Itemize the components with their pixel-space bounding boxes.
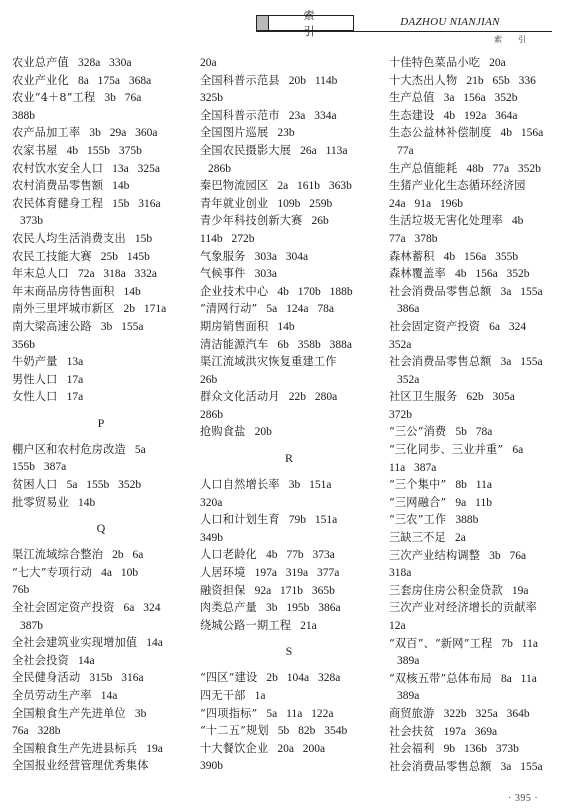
page-references: 20a xyxy=(489,57,506,69)
index-term: 人口老龄化 xyxy=(200,548,257,561)
index-entry-continuation: 20a xyxy=(200,54,378,72)
index-entry: 全国报业经营管理优秀集体 xyxy=(12,757,190,775)
page-references: 2b 104a 328a xyxy=(266,672,340,684)
index-term: 社区卫生服务 xyxy=(389,390,457,403)
page-references: 322b 325a 364b xyxy=(444,708,530,720)
page-references: 3b 29a 360a xyxy=(89,127,157,139)
index-entry: 全社会投资14a xyxy=(12,652,190,670)
index-term: 生产总值 xyxy=(389,91,435,104)
section-title: 索 引 xyxy=(269,7,353,39)
index-entry-continuation: 286b xyxy=(200,406,378,424)
page-references: 19a xyxy=(512,585,529,597)
index-entry: 人口和计划生育79b 151a xyxy=(200,511,378,529)
index-term: 肉类总产量 xyxy=(200,601,257,614)
index-entry-continuation: 286b xyxy=(200,160,378,178)
page-references: 17a xyxy=(67,391,84,403)
index-term: 全社会建筑业实现增加值 xyxy=(12,636,137,649)
index-entry-continuation: 76b xyxy=(12,581,190,599)
page-references: 114b 272b xyxy=(200,233,254,245)
page-references: 76b xyxy=(12,584,29,596)
index-entry: 渠江流域综合整治2b 6a xyxy=(12,546,190,564)
page-references: 352a xyxy=(397,374,419,386)
index-entry: 人居环境197a 319a 377a xyxy=(200,564,378,582)
page-number: · 395 · xyxy=(508,793,538,804)
index-term: 秦巴物流园区 xyxy=(200,179,268,192)
page-references: 386a xyxy=(397,303,419,315)
page-references: 4b 156a 352b xyxy=(455,268,530,280)
index-entry: “三公”消费5b 78a xyxy=(389,423,559,441)
index-entry: 农民人均生活消费支出15b xyxy=(12,230,190,248)
page-references: 20b 114b xyxy=(289,75,338,87)
index-term: 生活垃圾无害化处理率 xyxy=(389,214,503,227)
index-term: 农产品加工率 xyxy=(12,126,80,139)
page-references: 389a xyxy=(397,655,419,667)
index-term: 群众文化活动月 xyxy=(200,390,280,403)
index-entry-continuation: 389a xyxy=(389,687,559,705)
page-references: 15b 316a xyxy=(112,198,160,210)
index-term: 农村饮水安全人口 xyxy=(12,162,103,175)
page-references: 25b 145b xyxy=(101,251,150,263)
index-entry: 农村饮水安全人口13a 325a xyxy=(12,160,190,178)
page-references: 2a 161b 363b xyxy=(277,180,352,192)
index-term: 三套房住房公积金贷款 xyxy=(389,584,503,597)
page-references: 155b 387a xyxy=(12,461,66,473)
index-entry: 商贸旅游322b 325a 364b xyxy=(389,705,559,723)
index-term: 全社会固定资产投资 xyxy=(12,601,115,614)
index-term: 社会扶贫 xyxy=(389,725,435,738)
page-references: 5a 155b 352b xyxy=(67,479,142,491)
index-entry-continuation: 11a 387a xyxy=(389,459,559,477)
index-term: 批零贸易业 xyxy=(12,496,69,509)
index-term: “七大”专项行动 xyxy=(12,566,92,579)
index-term: 年末商品房待售面积 xyxy=(12,285,115,298)
yearbook-name: DAZHOU NIANJIAN xyxy=(358,16,542,28)
index-entry: 农民工技能大赛25b 145b xyxy=(12,248,190,266)
index-term: 融资担保 xyxy=(200,584,246,597)
index-term: 全国报业经营管理优秀集体 xyxy=(12,759,149,772)
index-entry: 青少年科技创新大赛26b xyxy=(200,212,378,230)
index-term: 农业总产值 xyxy=(12,56,69,69)
index-column-3: 十佳特色菜品小吃20a十大杰出人物21b 65b 336生产总值3a 156a … xyxy=(389,54,559,775)
index-term: 人居环境 xyxy=(200,566,246,579)
index-entry: 年末总人口72a 318a 332a xyxy=(12,265,190,283)
page-references: 21a xyxy=(300,620,317,632)
index-entry-continuation: 349b xyxy=(200,529,378,547)
index-entry: 南外三里坪城市新区2b 171a xyxy=(12,300,190,318)
index-entry: 社会福利9b 136b 373b xyxy=(389,740,559,758)
page-references: 14b xyxy=(124,286,141,298)
letter-heading: P xyxy=(12,406,190,441)
index-column-2: 20a全国科普示范县20b 114b325b全国科普示范市23a 334a全国图… xyxy=(200,54,378,775)
index-entry: 人口老龄化4b 77b 373a xyxy=(200,546,378,564)
page-references: 9a 11b xyxy=(455,497,492,509)
index-term: 十佳特色菜品小吃 xyxy=(389,56,480,69)
index-term: 全社会投资 xyxy=(12,654,69,667)
index-term: 社会固定资产投资 xyxy=(389,320,480,333)
page-references: 3b 151a xyxy=(289,479,332,491)
index-entry: 生态建设4b 192a 364a xyxy=(389,107,559,125)
page-references: 13a xyxy=(67,356,84,368)
index-term: 三次产业结构调整 xyxy=(389,549,480,562)
page-references: 352a xyxy=(389,339,411,351)
index-term: 牛奶产量 xyxy=(12,355,58,368)
index-entry-continuation: 114b 272b xyxy=(200,230,378,248)
index-term: 农民人均生活消费支出 xyxy=(12,232,126,245)
index-term: 全国科普示范县 xyxy=(200,74,280,87)
index-entry: 南大梁高速公路3b 155a xyxy=(12,318,190,336)
index-term: 生猪产业化生态循环经济园 xyxy=(389,179,526,192)
index-term: 三缺三不足 xyxy=(389,531,446,544)
index-entry: 三缺三不足2a xyxy=(389,529,559,547)
index-term: 渠江流域综合整治 xyxy=(12,548,103,561)
index-entry: 社会消费品零售总额3a 155a xyxy=(389,758,559,776)
page-references: 26b xyxy=(312,215,329,227)
index-entry: 森林蓄积4b 156a 355b xyxy=(389,248,559,266)
index-term: “四区”建设 xyxy=(200,671,257,684)
index-entry: 全国粮食生产先进单位3b xyxy=(12,705,190,723)
index-entry: 十佳特色菜品小吃20a xyxy=(389,54,559,72)
page-references: 17a xyxy=(67,374,84,386)
index-term: 年末总人口 xyxy=(12,267,69,280)
page-references: 3b 195b 386a xyxy=(266,602,341,614)
page-references: 8b 11a xyxy=(455,479,492,491)
page-references: 26a 113a xyxy=(300,145,347,157)
index-entry-continuation: 352a xyxy=(389,336,559,354)
index-term: 社会福利 xyxy=(389,742,435,755)
index-term: 人口和计划生育 xyxy=(200,513,280,526)
index-term: “三网融合” xyxy=(389,496,446,509)
page-references: 23a 334a xyxy=(289,110,337,122)
index-entry: 农业“4＋8”工程3b 76a xyxy=(12,89,190,107)
index-entry: 人口自然增长率3b 151a xyxy=(200,476,378,494)
index-entry-continuation: 318a xyxy=(389,564,559,582)
index-entry: 气候事件303a xyxy=(200,265,378,283)
index-entry: 全员劳动生产率14a xyxy=(12,687,190,705)
index-term: 农家书屋 xyxy=(12,144,58,157)
page-references: 4b 192a 364a xyxy=(444,110,518,122)
index-entry-continuation: 356b xyxy=(12,336,190,354)
page-references: 8a 11a xyxy=(501,673,537,685)
index-entry: “双核五带”总体布局8a 11a xyxy=(389,670,559,688)
index-entry: 女性人口17a xyxy=(12,388,190,406)
index-entry: 秦巴物流园区2a 161b 363b xyxy=(200,177,378,195)
page-references: 388b xyxy=(455,514,478,526)
index-entry: 群众文化活动月22b 280a xyxy=(200,388,378,406)
page-references: 77a 378b xyxy=(389,233,437,245)
page-references: 6a 324 xyxy=(489,321,526,333)
page-references: 11a 387a xyxy=(389,462,436,474)
index-entry-continuation: 389a xyxy=(389,652,559,670)
page-references: 3a 155a xyxy=(501,356,543,368)
index-term: 贫困人口 xyxy=(12,478,58,491)
index-term: “三公”消费 xyxy=(389,425,446,438)
index-entry: 男性人口17a xyxy=(12,371,190,389)
page-references: 3a 156a 352b xyxy=(444,92,518,104)
page-references: 349b xyxy=(200,532,223,544)
index-term: 男性人口 xyxy=(12,373,58,386)
page-references: 15b xyxy=(135,233,152,245)
page-references: 14b xyxy=(78,497,95,509)
page-references: 3b 76a xyxy=(104,92,141,104)
index-entry: 农业总产值328a 330a xyxy=(12,54,190,72)
index-term: 全国农民摄影大展 xyxy=(200,144,291,157)
index-entry: 农业产业化8a 175a 368a xyxy=(12,72,190,90)
index-entry: 全国图片巡展23b xyxy=(200,124,378,142)
page-references: 372b xyxy=(389,409,412,421)
index-entry: 绕城公路一期工程21a xyxy=(200,617,378,635)
index-term: “三个集中” xyxy=(389,478,446,491)
page-references: 4b xyxy=(512,215,524,227)
index-entry: 森林覆盖率4b 156a 352b xyxy=(389,265,559,283)
index-entry: “四区”建设2b 104a 328a xyxy=(200,669,378,687)
index-term: 农村消费品零售额 xyxy=(12,179,103,192)
page-references: 92a 171b 365b xyxy=(255,585,335,597)
index-entry: 融资担保92a 171b 365b xyxy=(200,582,378,600)
page-references: 14a xyxy=(78,655,95,667)
index-term: 十大餐饮企业 xyxy=(200,742,268,755)
page-references: 356b xyxy=(12,339,35,351)
index-term: 社会消费品零售总额 xyxy=(389,285,492,298)
page-references: 387b xyxy=(20,620,43,632)
index-entry-continuation: 76a 328b xyxy=(12,722,190,740)
index-entry: 气象服务303a 304a xyxy=(200,248,378,266)
index-entry: 社会消费品零售总额3a 155a xyxy=(389,353,559,371)
page-references: 325b xyxy=(200,92,223,104)
page-references: 286b xyxy=(208,163,231,175)
index-entry: 社会固定资产投资6a 324 xyxy=(389,318,559,336)
index-entry: 清洁能源汽车6b 358b 388a xyxy=(200,336,378,354)
page-references: 79b 151a xyxy=(289,514,337,526)
section-sub-label: 索引 xyxy=(494,34,542,45)
page-references: 315b 316a xyxy=(89,672,143,684)
page-references: 12a xyxy=(389,620,406,632)
index-entry: 三套房住房公积金贷款19a xyxy=(389,582,559,600)
index-term: 女性人口 xyxy=(12,390,58,403)
index-term: 社会消费品零售总额 xyxy=(389,355,492,368)
page-references: 4b 155b 375b xyxy=(67,145,142,157)
letter-heading: R xyxy=(200,441,378,476)
index-term: “双核五带”总体布局 xyxy=(389,672,492,685)
index-entry-continuation: 77a xyxy=(389,142,559,160)
index-term: 气候事件 xyxy=(200,267,246,280)
page-references: 389a xyxy=(397,690,419,702)
index-entry: 生活垃圾无害化处理率4b xyxy=(389,212,559,230)
index-term: 全国粮食生产先进单位 xyxy=(12,707,126,720)
index-entry: 渠江流域洪灾恢复重建工作 xyxy=(200,353,378,371)
index-entry: 社会扶贫197a 369a xyxy=(389,723,559,741)
index-entry-continuation: 12a xyxy=(389,617,559,635)
index-term: 清洁能源汽车 xyxy=(200,338,268,351)
index-term: 全国科普示范市 xyxy=(200,109,280,122)
page-references: 24a 91a 196b xyxy=(389,198,463,210)
index-entry: 社会消费品零售总额3a 155a xyxy=(389,283,559,301)
letter-heading: S xyxy=(200,634,378,669)
index-entry: 社区卫生服务62b 305a xyxy=(389,388,559,406)
index-entry: “双百”、“新网”工程7b 11a xyxy=(389,635,559,653)
index-entry: 农产品加工率3b 29a 360a xyxy=(12,124,190,142)
index-term: “三农”工作 xyxy=(389,513,446,526)
index-term: 全员劳动生产率 xyxy=(12,689,92,702)
letter-heading: Q xyxy=(12,511,190,546)
index-entry: “三网融合”9a 11b xyxy=(389,494,559,512)
index-term: 农业产业化 xyxy=(12,74,69,87)
index-entry: 批零贸易业14b xyxy=(12,494,190,512)
page-references: 20a xyxy=(200,57,217,69)
index-entry: 生态公益林补偿制度4b 156a xyxy=(389,124,559,142)
index-term: 南大梁高速公路 xyxy=(12,320,92,333)
index-term: 青年就业创业 xyxy=(200,197,268,210)
index-entry: 三次产业对经济增长的贡献率 xyxy=(389,599,559,617)
index-entry-continuation: 352a xyxy=(389,371,559,389)
page-references: 22b 280a xyxy=(289,391,337,403)
page-references: 5b 82b 354b xyxy=(278,725,348,737)
page-references: 2b 6a xyxy=(112,549,143,561)
index-term: 十大杰出人物 xyxy=(389,74,457,87)
page-references: 6b 358b 388a xyxy=(277,339,352,351)
page-references: 5a 124a 78a xyxy=(266,303,334,315)
index-entry-continuation: 325b xyxy=(200,89,378,107)
index-term: 渠江流域洪灾恢复重建工作 xyxy=(200,355,337,368)
index-column-1: 农业总产值328a 330a农业产业化8a 175a 368a农业“4＋8”工程… xyxy=(12,54,190,775)
index-entry-continuation: 320a xyxy=(200,494,378,512)
index-entry: “三农”工作388b xyxy=(389,511,559,529)
index-term: “十二五”规划 xyxy=(200,724,269,737)
index-entry: 农家书屋4b 155b 375b xyxy=(12,142,190,160)
page-references: 373b xyxy=(20,215,43,227)
index-term: “四项指标” xyxy=(200,707,257,720)
page-references: 8a 175a 368a xyxy=(78,75,151,87)
index-entry-continuation: 26b xyxy=(200,371,378,389)
index-term: “三化同步、三业并重” xyxy=(389,443,503,456)
index-entry: “三个集中”8b 11a xyxy=(389,476,559,494)
index-entry: 全国农民摄影大展26a 113a xyxy=(200,142,378,160)
index-entry: “十二五”规划5b 82b 354b xyxy=(200,722,378,740)
index-term: 农民体育健身工程 xyxy=(12,197,103,210)
page-references: 72a 318a 332a xyxy=(78,268,157,280)
index-entry: 青年就业创业109b 259b xyxy=(200,195,378,213)
section-tab-marker xyxy=(257,16,269,30)
page-references: 6a 324 xyxy=(124,602,161,614)
index-entry: 生产总值能耗48b 77a 352b xyxy=(389,160,559,178)
page-references: 3a 155a xyxy=(501,761,543,773)
page-references: 4b 77b 373a xyxy=(266,549,335,561)
page-references: 4b 156a xyxy=(501,127,544,139)
page-references: 328a 330a xyxy=(78,57,132,69)
index-term: 四无干部 xyxy=(200,689,246,702)
page-references: 26b xyxy=(200,374,217,386)
page-references: 5b 78a xyxy=(455,426,492,438)
index-entry-continuation: 77a 378b xyxy=(389,230,559,248)
index-term: 气象服务 xyxy=(200,250,246,263)
index-term: 期房销售面积 xyxy=(200,320,268,333)
page-references: 109b 259b xyxy=(277,198,332,210)
index-entry: “四项指标”5a 11a 122a xyxy=(200,705,378,723)
index-entry: 全国科普示范市23a 334a xyxy=(200,107,378,125)
index-entry: 牛奶产量13a xyxy=(12,353,190,371)
index-entry: 三次产业结构调整3b 76a xyxy=(389,547,559,565)
index-entry: 贫困人口5a 155b 352b xyxy=(12,476,190,494)
index-term: “清网行动” xyxy=(200,302,257,315)
index-entry: “七大”专项行动4a 10b xyxy=(12,564,190,582)
index-entry-continuation: 386a xyxy=(389,300,559,318)
page-references: 197a 369a xyxy=(444,726,498,738)
page-references: 390b xyxy=(200,760,223,772)
page-references: 2a xyxy=(455,532,466,544)
index-term: “双百”、“新网”工程 xyxy=(389,637,492,650)
page-references: 20a 200a xyxy=(277,743,325,755)
index-term: 绕城公路一期工程 xyxy=(200,619,291,632)
page-references: 3b 155a xyxy=(101,321,144,333)
page-references: 21b 65b 336 xyxy=(466,75,536,87)
index-entry: 全民健身活动315b 316a xyxy=(12,669,190,687)
section-title-box: 索 引 xyxy=(256,15,354,31)
index-entry: 企业技术中心4b 170b 188b xyxy=(200,283,378,301)
index-entry-continuation: 390b xyxy=(200,757,378,775)
header-rule xyxy=(256,31,552,32)
index-entry-continuation: 387b xyxy=(12,617,190,635)
index-term: 生态建设 xyxy=(389,109,435,122)
index-term: 森林覆盖率 xyxy=(389,267,446,280)
index-term: 青少年科技创新大赛 xyxy=(200,214,303,227)
index-entry: 棚户区和农村危房改造5a xyxy=(12,441,190,459)
page-references: 4b 170b 188b xyxy=(277,286,352,298)
page-references: 286b xyxy=(200,409,223,421)
index-entry: 十大杰出人物21b 65b 336 xyxy=(389,72,559,90)
index-entry: 四无干部1a xyxy=(200,687,378,705)
page-references: 3b 76a xyxy=(489,550,526,562)
index-entry: 全社会固定资产投资6a 324 xyxy=(12,599,190,617)
index-term: 全国粮食生产先进县标兵 xyxy=(12,742,137,755)
index-term: 南外三里坪城市新区 xyxy=(12,302,115,315)
page-references: 197a 319a 377a xyxy=(255,567,340,579)
index-term: 社会消费品零售总额 xyxy=(389,760,492,773)
page-references: 3b xyxy=(135,708,147,720)
index-entry-continuation: 388b xyxy=(12,107,190,125)
page-references: 48b 77a 352b xyxy=(466,163,541,175)
page-references: 62b 305a xyxy=(466,391,514,403)
index-term: 抢购食盐 xyxy=(200,425,246,438)
index-entry: 抢购食盐20b xyxy=(200,423,378,441)
index-entry: “三化同步、三业并重”6a xyxy=(389,441,559,459)
index-entry: 全国科普示范县20b 114b xyxy=(200,72,378,90)
index-entry: 肉类总产量3b 195b 386a xyxy=(200,599,378,617)
page-references: 4b 156a 355b xyxy=(444,251,519,263)
index-entry: 生产总值3a 156a 352b xyxy=(389,89,559,107)
page-references: 2b 171a xyxy=(124,303,167,315)
page-references: 1a xyxy=(255,690,266,702)
page-references: 14b xyxy=(277,321,294,333)
index-entry: “清网行动”5a 124a 78a xyxy=(200,300,378,318)
page-references: 9b 136b 373b xyxy=(444,743,519,755)
index-entry: 全社会建筑业实现增加值14a xyxy=(12,634,190,652)
index-term: 全国图片巡展 xyxy=(200,126,268,139)
page-references: 5a xyxy=(135,444,146,456)
page-references: 303a xyxy=(255,268,277,280)
page-references: 3a 155a xyxy=(501,286,543,298)
index-term: 生产总值能耗 xyxy=(389,162,457,175)
index-entry-continuation: 155b 387a xyxy=(12,458,190,476)
page-references: 4a 10b xyxy=(101,567,138,579)
index-entry: 全国粮食生产先进县标兵19a xyxy=(12,740,190,758)
index-entry-continuation: 373b xyxy=(12,212,190,230)
index-term: 生态公益林补偿制度 xyxy=(389,126,492,139)
page-references: 14a xyxy=(101,690,118,702)
page-references: 318a xyxy=(389,567,411,579)
index-term: 农民工技能大赛 xyxy=(12,250,92,263)
page-references: 6a xyxy=(512,444,523,456)
page-references: 23b xyxy=(277,127,294,139)
index-entry: 十大餐饮企业20a 200a xyxy=(200,740,378,758)
